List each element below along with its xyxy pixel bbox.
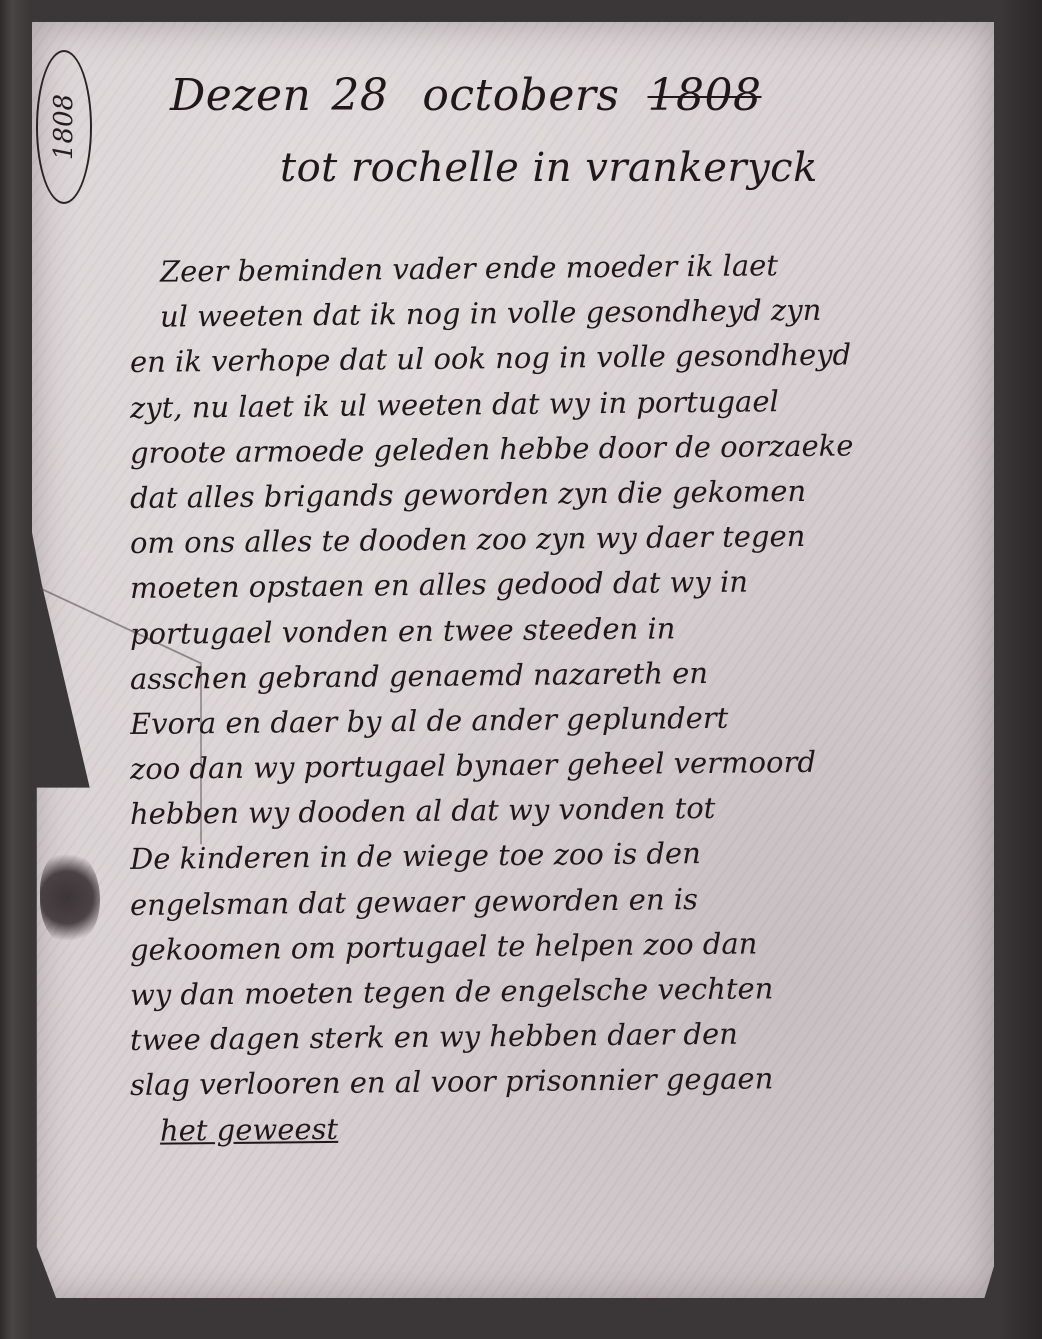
dateline-prefix: Dezen [170,70,311,121]
closing-words: het geweest [160,1111,338,1147]
place-line: tot rochelle in vrankeryck [280,145,818,191]
letter-body: Zeer beminden vader ende moeder ik laet … [130,250,970,1154]
ink-stain [40,850,100,945]
body-line: het geweest [130,1100,970,1154]
archive-stamp: 1808 [36,50,92,204]
dateline: Dezen28octobers1808 [170,70,761,121]
dateline-year: 1808 [648,70,762,121]
body-line: moeten opstaen en alles gedood dat wy in [130,558,970,612]
body-line: en ik verhope dat ul ook nog in volle ge… [130,332,970,386]
body-line: slag verlooren en al voor prisonnier geg… [130,1055,970,1109]
dateline-day: 28 [331,70,388,121]
archive-number: 1808 [49,94,79,160]
photo-frame: 1808 Dezen28octobers1808 tot rochelle in… [0,0,1042,1339]
dateline-month: octobers [422,70,619,121]
